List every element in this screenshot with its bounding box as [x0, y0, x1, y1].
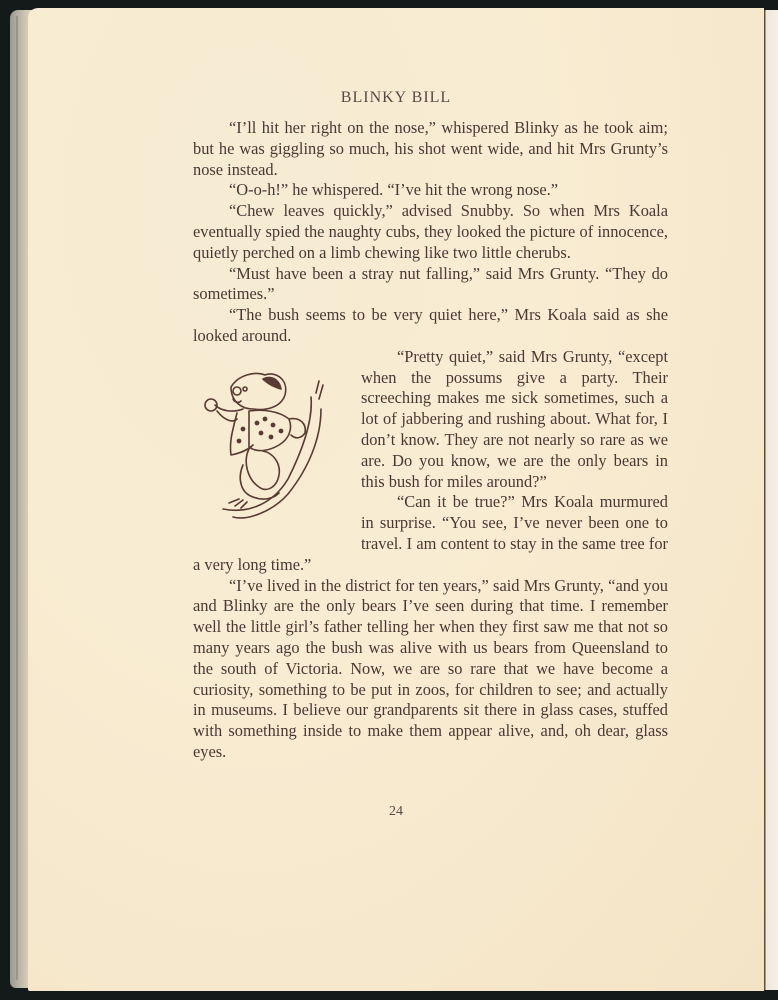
page-number: 24 — [28, 804, 764, 820]
paragraph: “O-o-h!” he whispered. “I’ve hit the wro… — [193, 180, 668, 201]
page-edge-right — [764, 10, 778, 990]
paragraph: “The bush seems to be very quiet here,” … — [193, 305, 668, 347]
koala-illustration — [193, 349, 343, 547]
paragraph: “I’ve lived in the district for ten year… — [193, 576, 668, 763]
illustrated-section: “Pretty quiet,” said Mrs Grunty, “except… — [193, 347, 668, 576]
paragraph: “I’ll hit her right on the nose,” whispe… — [193, 118, 668, 180]
paragraph: “Chew leaves quickly,” advised Snubby. S… — [193, 201, 668, 263]
paragraph: “Must have been a stray nut falling,” sa… — [193, 264, 668, 306]
body-text: “I’ll hit her right on the nose,” whispe… — [193, 118, 668, 763]
koala-on-branch-icon — [193, 369, 333, 529]
running-head: BLINKY BILL — [28, 89, 764, 107]
